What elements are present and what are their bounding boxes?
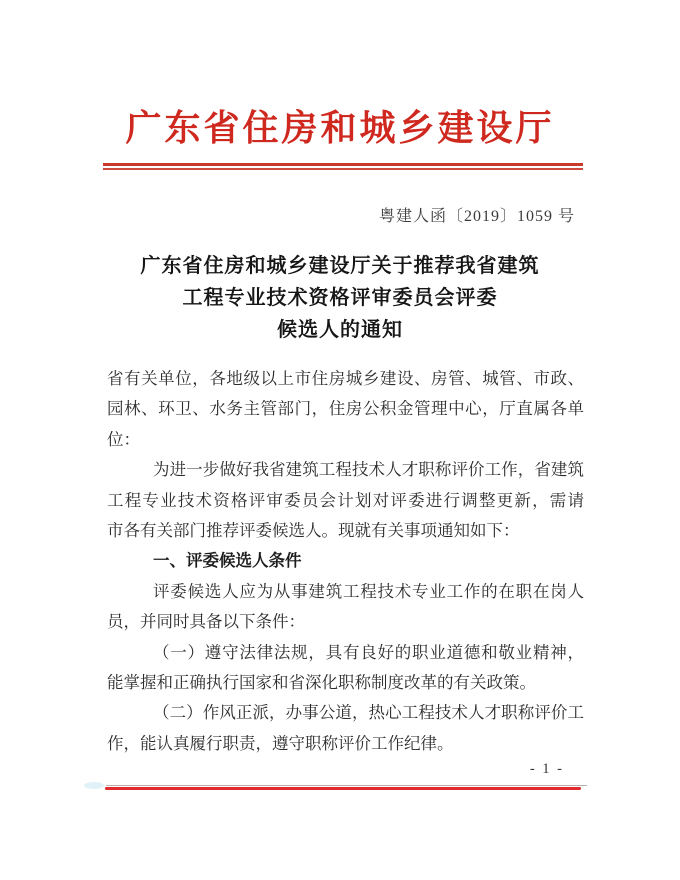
body-line-addressees-2: 园林、环卫、水务主管部门，住房公积金管理中心，厅直属各单 [107, 394, 584, 424]
scanned-document-page: 广东省住房和城乡建设厅 粤建人函〔2019〕1059 号 广东省住房和城乡建设厅… [0, 0, 680, 880]
body-line-intro-2: 工程专业技术资格评审委员会计划对评委进行调整更新，需请省、 [107, 486, 584, 516]
page-number: - 1 - [530, 761, 564, 778]
notice-title: 广东省住房和城乡建设厅关于推荐我省建筑 工程专业技术资格评审委员会评委 候选人的… [0, 250, 680, 346]
body-line-item-1a: （一）遵守法律法规，具有良好的职业道德和敬业精神， [107, 638, 584, 668]
body-line-addressees-3: 位： [107, 425, 584, 455]
footer-rule [105, 787, 581, 790]
body-line-item-2a: （二）作风正派，办事公道，热心工程技术人才职称评价工 [107, 698, 584, 728]
body-line-intro-1: 为进一步做好我省建筑工程技术人才职称评价工作，省建筑 [107, 455, 584, 485]
body-line-item-1b: 能掌握和正确执行国家和省深化职称制度改革的有关政策。 [107, 668, 584, 698]
notice-body: 省有关单位，各地级以上市住房城乡建设、房管、城管、市政、 园林、环卫、水务主管部… [107, 364, 584, 759]
body-line-addressees-1: 省有关单位，各地级以上市住房城乡建设、房管、城管、市政、 [107, 364, 584, 394]
document-reference-number: 粤建人函〔2019〕1059 号 [379, 203, 575, 226]
scan-artifact-smudge [84, 782, 104, 789]
agency-letterhead-title: 广东省住房和城乡建设厅 [0, 103, 680, 153]
letterhead-divider-rule [103, 163, 583, 170]
notice-title-line-1: 广东省住房和城乡建设厅关于推荐我省建筑 [0, 250, 680, 282]
notice-title-line-2: 工程专业技术资格评审委员会评委 [0, 282, 680, 314]
footer-rule-shadow [106, 785, 587, 786]
section-heading-1: 一、评委候选人条件 [107, 546, 584, 576]
body-line-intro-3: 市各有关部门推荐评委候选人。现就有关事项通知如下： [107, 516, 584, 546]
body-line-item-2b: 作，能认真履行职责，遵守职称评价工作纪律。 [107, 729, 584, 759]
notice-title-line-3: 候选人的通知 [0, 314, 680, 346]
body-line-conditions-1: 评委候选人应为从事建筑工程技术专业工作的在职在岗人 [107, 577, 584, 607]
body-line-conditions-2: 员，并同时具备以下条件： [107, 607, 584, 637]
